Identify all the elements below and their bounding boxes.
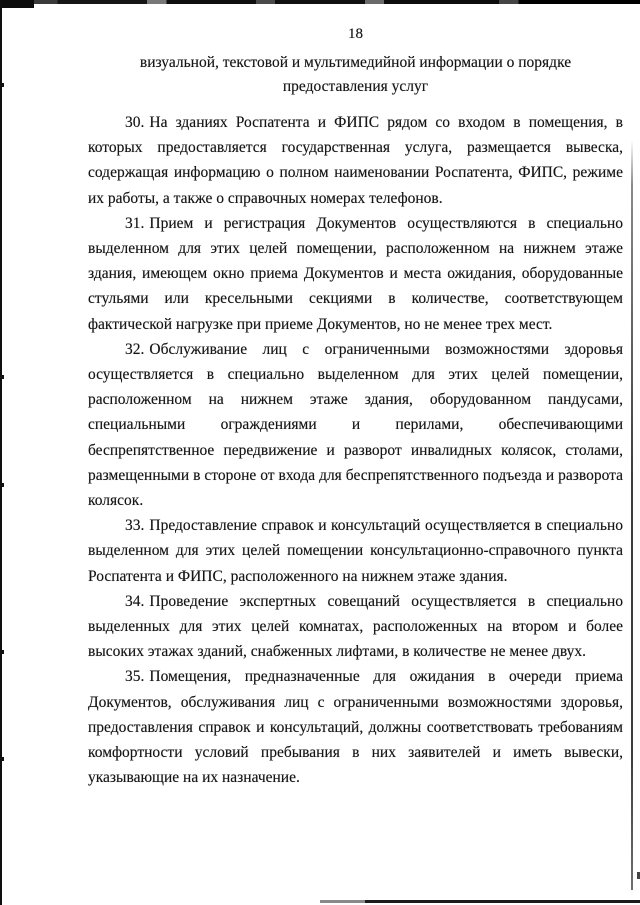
paragraph-text: Проведение экспертных совещаний осуществ… bbox=[88, 593, 623, 660]
paragraph-30: 30.На зданиях Роспатента и ФИПС рядом со… bbox=[88, 110, 623, 211]
scan-artifact-right-line bbox=[631, 140, 633, 890]
paragraph-31: 31.Прием и регистрация Документов осущес… bbox=[88, 211, 623, 337]
paragraph-text: На зданиях Роспатента и ФИПС рядом со вх… bbox=[88, 114, 623, 207]
paragraph-number: 33. bbox=[125, 517, 144, 534]
paragraph-number: 32. bbox=[125, 341, 144, 358]
paragraph-number: 31. bbox=[125, 215, 144, 232]
paragraph-number: 34. bbox=[125, 593, 144, 610]
scan-artifact-bottom-line bbox=[320, 900, 640, 903]
scan-artifact-left-tick bbox=[0, 375, 4, 379]
scan-artifact-left-edge bbox=[0, 0, 2, 905]
scan-artifact-left-tick bbox=[0, 483, 4, 487]
header-line-2: предоставления услуг bbox=[88, 75, 623, 99]
paragraph-text: Предоставление справок и консультаций ос… bbox=[88, 517, 623, 584]
document-body: 30.На зданиях Роспатента и ФИПС рядом со… bbox=[88, 110, 623, 790]
scanned-document-page: 18 визуальной, текстовой и мультимедийно… bbox=[0, 0, 640, 905]
paragraph-34: 34.Проведение экспертных совещаний осуще… bbox=[88, 589, 623, 665]
scan-artifact-top-left-corner bbox=[0, 0, 34, 8]
paragraph-number: 30. bbox=[125, 114, 144, 131]
paragraph-text: Прием и регистрация Документов осуществл… bbox=[88, 215, 623, 333]
page-number: 18 bbox=[88, 26, 623, 43]
scan-artifact-left-tick bbox=[0, 757, 4, 761]
header-line-1: визуальной, текстовой и мультимедийной и… bbox=[88, 51, 623, 75]
paragraph-text: Помещения, предназначенные для ожидания … bbox=[88, 668, 623, 786]
scan-artifact-left-tick bbox=[0, 650, 4, 654]
scan-artifact-top-edge bbox=[0, 0, 640, 4]
paragraph-32: 32.Обслуживание лиц с ограниченными возм… bbox=[88, 337, 623, 513]
paragraph-35: 35.Помещения, предназначенные для ожидан… bbox=[88, 664, 623, 790]
scan-artifact-left-tick bbox=[0, 83, 4, 87]
document-header: визуальной, текстовой и мультимедийной и… bbox=[88, 51, 623, 99]
paragraph-text: Обслуживание лиц с ограниченными возможн… bbox=[88, 341, 623, 509]
paragraph-number: 35. bbox=[125, 668, 144, 685]
paragraph-33: 33.Предоставление справок и консультаций… bbox=[88, 513, 623, 589]
